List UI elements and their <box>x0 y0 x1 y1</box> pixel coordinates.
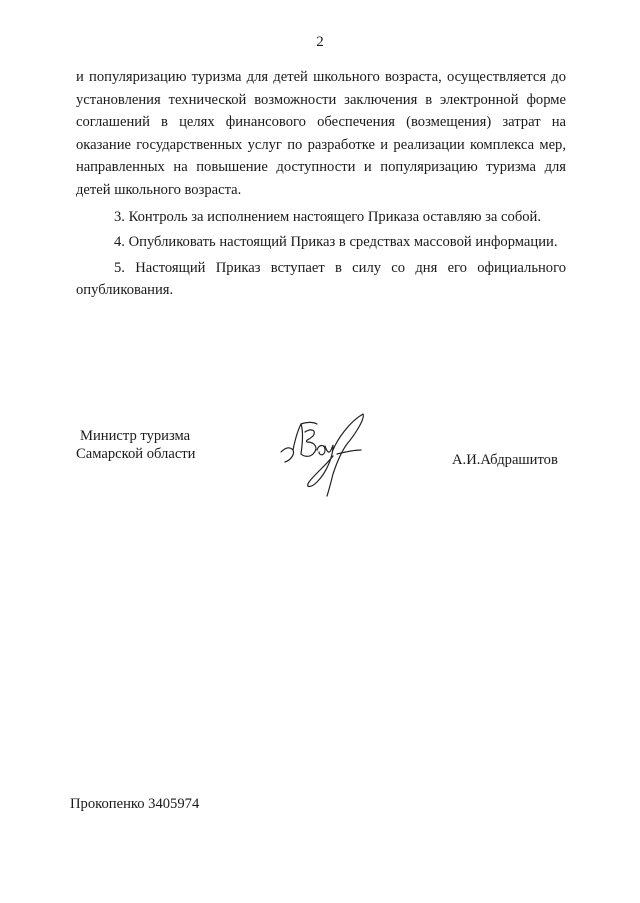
page-number: 2 <box>0 34 640 51</box>
signatory-title-line-1: Министр туризма <box>76 427 196 445</box>
handwritten-signature-icon <box>275 410 375 500</box>
document-body: и популяризацию туризма для детей школьн… <box>76 66 566 302</box>
paragraph-item-5: 5. Настоящий Приказ вступает в силу со д… <box>76 257 566 302</box>
paragraph-continued: и популяризацию туризма для детей школьн… <box>76 66 566 202</box>
signatory-title: Министр туризма Самарской области <box>76 427 196 463</box>
signer-name: А.И.Абдрашитов <box>452 452 558 469</box>
paragraph-item-3: 3. Контроль за исполнением настоящего Пр… <box>76 206 566 229</box>
executor-info: Прокопенко 3405974 <box>70 796 199 813</box>
signatory-title-line-2: Самарской области <box>76 445 196 463</box>
paragraph-item-4: 4. Опубликовать настоящий Приказ в средс… <box>76 231 566 254</box>
